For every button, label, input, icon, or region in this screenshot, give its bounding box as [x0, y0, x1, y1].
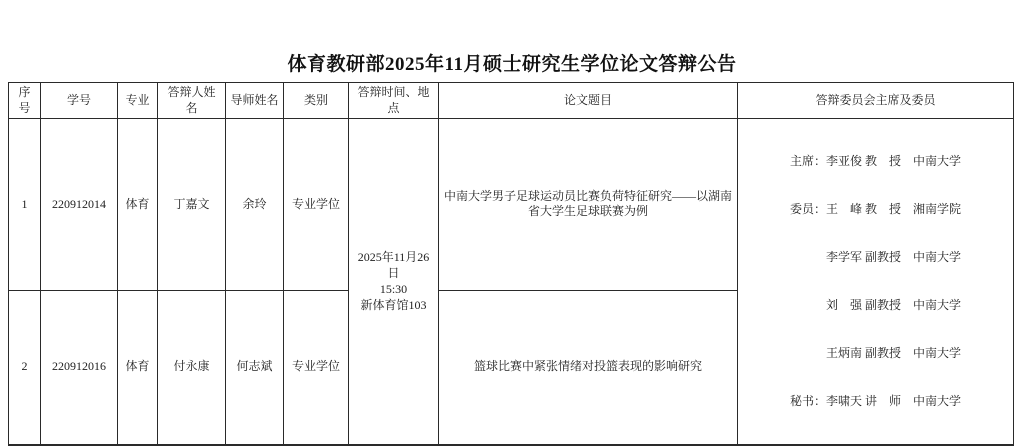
cell-thesis-title: 中南大学男子足球运动员比赛负荷特征研究——以湖南省大学生足球联赛为例: [439, 119, 738, 235]
committee-line-member: 委员：王 峰 教 授 湘南学院: [790, 201, 961, 217]
header-index: 序号: [9, 83, 41, 119]
cell-student-id: 220912014: [41, 119, 118, 235]
header-category: 类别: [284, 83, 349, 119]
table-header-row: 序号 学号 专业 答辩人姓名 导师姓名 类别 答辩时间、地点 论文题目 答辩委员…: [9, 83, 1014, 119]
header-committee: 答辩委员会主席及委员: [738, 83, 1014, 119]
committee-list: 主席：李亚俊 教 授 中南大学 委员：王 峰 教 授 湘南学院 李学军 副教授 …: [790, 121, 961, 235]
cell-committee: 主席：李亚俊 教 授 中南大学 委员：王 峰 教 授 湘南学院 李学军 副教授 …: [738, 119, 1014, 235]
cell-defender: 丁嘉文: [158, 119, 226, 235]
cell-category: 专业学位: [284, 119, 349, 235]
header-time-location: 答辩时间、地点: [349, 83, 439, 119]
table-row: 1 220912014 体育 丁嘉文 余玲 专业学位 2025年11月26日 1…: [9, 119, 1014, 235]
cell-index: 1: [9, 119, 41, 235]
header-advisor: 导师姓名: [226, 83, 284, 119]
cell-major: 体育: [118, 119, 158, 235]
header-major: 专业: [118, 83, 158, 119]
defense-announcement-table: 序号 学号 专业 答辩人姓名 导师姓名 类别 答辩时间、地点 论文题目 答辩委员…: [8, 82, 1014, 235]
header-defender: 答辩人姓名: [158, 83, 226, 119]
committee-line-chair: 主席：李亚俊 教 授 中南大学: [790, 153, 961, 169]
cell-time-location: 2025年11月26日 15:30 新体育馆103: [349, 119, 439, 235]
page-title: 体育教研部2025年11月硕士研究生学位论文答辩公告: [0, 49, 1024, 76]
header-thesis-title: 论文题目: [439, 83, 738, 119]
cell-advisor: 余玲: [226, 119, 284, 235]
header-student-id: 学号: [41, 83, 118, 119]
